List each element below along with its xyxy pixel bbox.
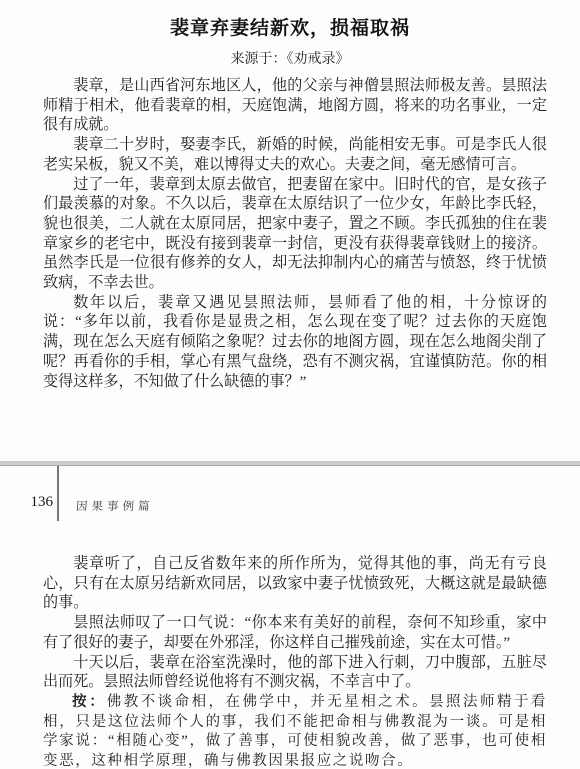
- source-line: 来源于：《劝戒录》: [0, 48, 580, 68]
- page-bottom-text-block: 裴章听了，自己反省数年来的所作所为，觉得其他的事，尚无有亏良心，只有在太原另结新…: [43, 555, 547, 769]
- running-head-section-title: 因果事例篇: [75, 498, 154, 514]
- page-number: 136: [0, 494, 53, 511]
- editor-note-text: 佛教不谈命相，在佛学中，并无星相之术。昙照法师精于看相，只是这位法师个人的事，我…: [43, 694, 547, 769]
- page-top-text-block: 裴章，是山西省河东地区人，他的父亲与神僧昙照法师极友善。昙照法师精于相术，他看裴…: [43, 77, 547, 392]
- paragraph: 数年以后，裴章又遇见昙照法师，昙师看了他的相，十分惊讶的说：“多年以前，我看你是…: [43, 294, 547, 393]
- header-vertical-rule: [57, 466, 59, 521]
- book-page-scan: 裴章弃妻结新欢，损福取祸 来源于：《劝戒录》 裴章，是山西省河东地区人，他的父亲…: [0, 0, 580, 769]
- article-title: 裴章弃妻结新欢，损福取祸: [0, 13, 580, 40]
- page-break-bar: [0, 461, 580, 466]
- paragraph: 裴章听了，自己反省数年来的所作所为，觉得其他的事，尚无有亏良心，只有在太原另结新…: [43, 555, 547, 614]
- editor-note-paragraph: 按：佛教不谈命相，在佛学中，并无星相之术。昙照法师精于看相，只是这位法师个人的事…: [43, 693, 547, 769]
- editor-note-label: 按：: [72, 694, 107, 710]
- paragraph: 裴章，是山西省河东地区人，他的父亲与神僧昙照法师极友善。昙照法师精于相术，他看裴…: [43, 77, 547, 136]
- paragraph: 过了一年，裴章到太原去做官，把妻留在家中。旧时代的官，是女孩子们最羡慕的对象。不…: [43, 176, 547, 294]
- paragraph: 昙照法师叹了一口气说：“你本来有美好的前程，奈何不知珍重，家中有了很好的妻子，却…: [43, 614, 547, 653]
- paragraph: 裴章二十岁时，娶妻李氏，新婚的时候，尚能相安无事。可是李氏人很老实呆板，貌又不美…: [43, 136, 547, 175]
- paragraph: 十天以后，裴章在浴室洗澡时，他的部下进入行刺，刀中腹部，五脏尽出而死。昙照法师曾…: [43, 654, 547, 693]
